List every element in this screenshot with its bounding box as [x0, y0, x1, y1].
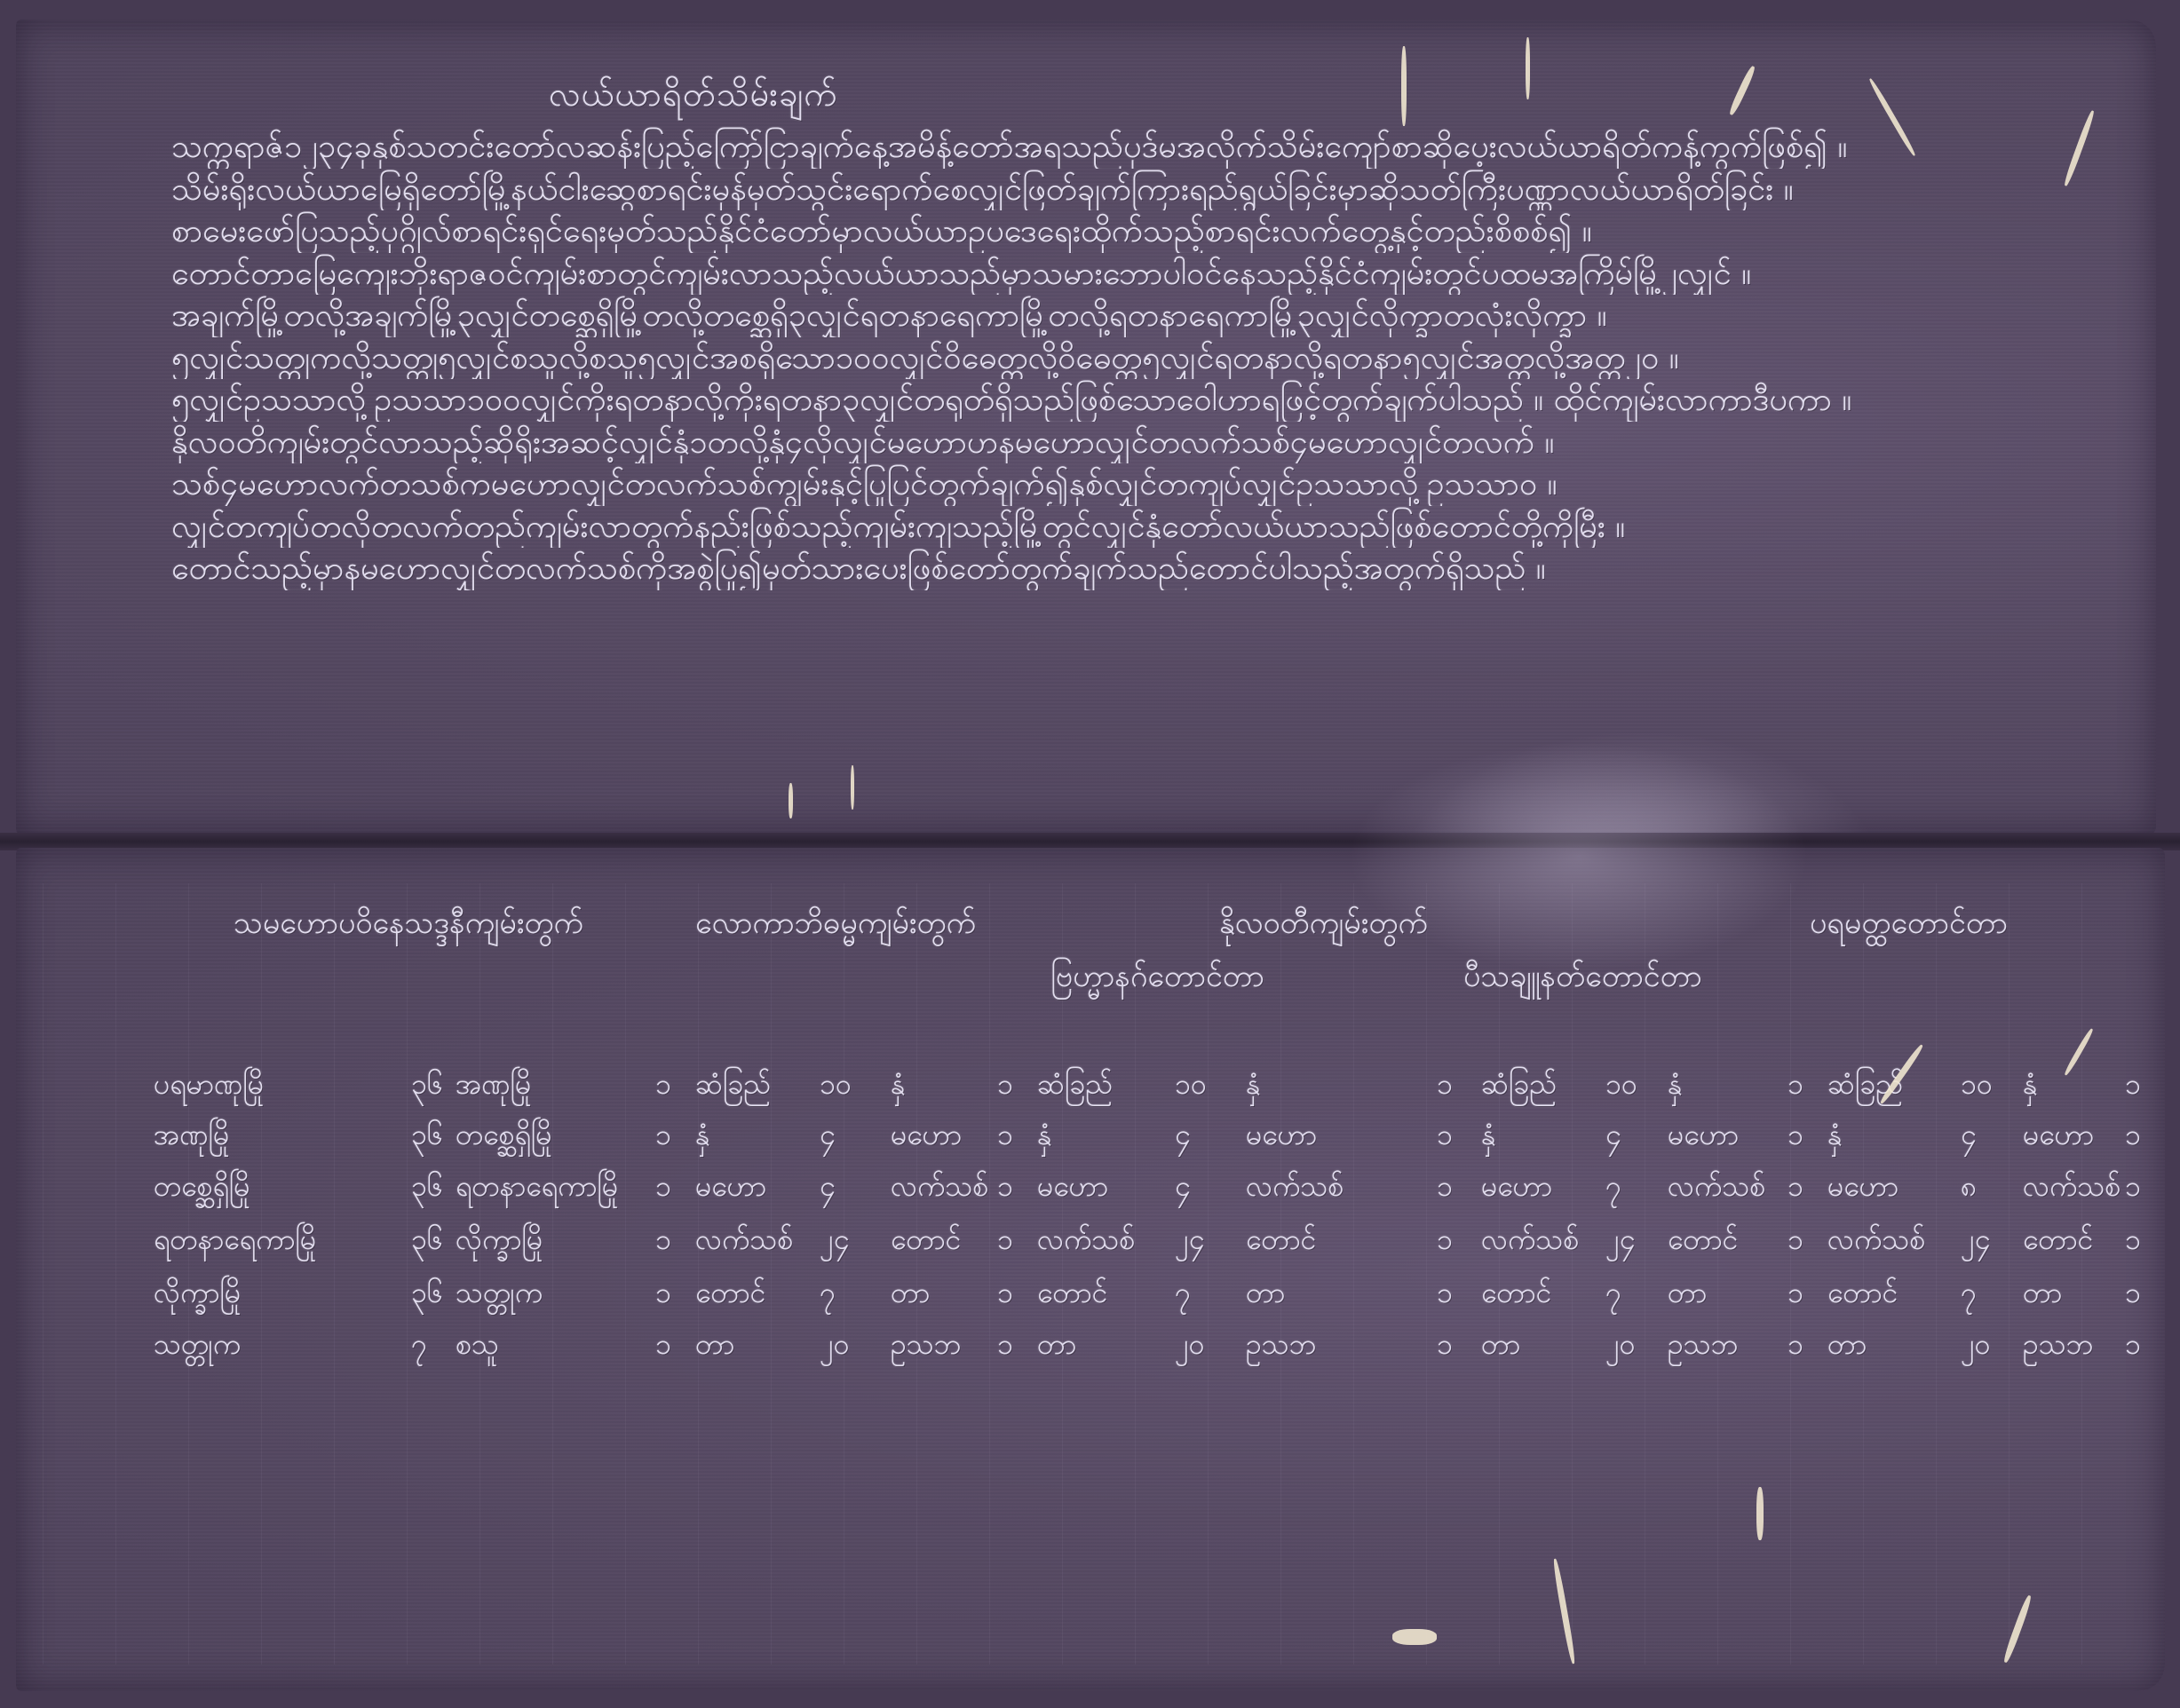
table-cell: နှံ: [695, 1116, 710, 1158]
table-cell: လက်သစ်: [2023, 1167, 2121, 1210]
table-cell: တောင်: [1481, 1274, 1551, 1317]
table-cell: နှံ: [1481, 1116, 1496, 1158]
table-cell: သတ္တုက: [456, 1274, 543, 1317]
table-cell: ၁: [1437, 1065, 1453, 1108]
paragraph-line: တောင်တာမြေကျေးဘိုးရာဇဝင်ကျမ်းစာတွင်ကျမ်း…: [171, 253, 2152, 296]
table-cell: လိုက္ခာမြို: [154, 1274, 241, 1317]
table-cell: ၂၀: [1175, 1325, 1205, 1368]
table-cell: ၂၀: [820, 1325, 850, 1368]
table-cell: ၁: [997, 1065, 1013, 1108]
table-cell: ၁: [1437, 1325, 1453, 1368]
table-cell: ၂၄: [820, 1221, 850, 1263]
table-cell: လက်သစ်: [891, 1167, 988, 1210]
table-cell: ဆံခြည်: [695, 1065, 771, 1108]
table-cell: ၃၆: [411, 1221, 443, 1263]
table-cell: ၁: [655, 1116, 671, 1158]
table-cell: သတ္တုက: [154, 1325, 241, 1368]
table-cell: တောင်: [891, 1221, 961, 1263]
table-cell: ၁: [655, 1274, 671, 1317]
table-header: လောကာဘိဓမ္မကျမ်းတွက်: [695, 903, 976, 948]
table-cell: ၁၀: [1175, 1065, 1207, 1108]
table-cell: ၇: [1175, 1274, 1191, 1317]
table-cell: ဥသဘ: [1668, 1325, 1739, 1368]
table-cell: ၁: [997, 1274, 1013, 1317]
table-cell: ၁: [655, 1325, 671, 1368]
table-cell: မဟော: [1668, 1116, 1739, 1158]
table-cell: နှံ: [1246, 1065, 1261, 1108]
table-cell: တာ: [1037, 1325, 1076, 1368]
paragraph-line: တောင်သည့်မှာနမဟောလျှင်တလက်သစ်ကိုအစွဲပြု၍…: [171, 548, 2152, 590]
table-cell: ၇: [820, 1274, 836, 1317]
table-row: အဏုမြို ၃၆ တစ္ဆေရှိမြို ၁ နှံ ၄ မဟော ၁ န…: [16, 1116, 2165, 1160]
table-cell: ၁: [1788, 1274, 1803, 1317]
table-cell: ၁: [997, 1167, 1013, 1210]
table-row: လိုက္ခာမြို ၃၆ သတ္တုက ၁ တောင် ၇ တာ ၁ တော…: [16, 1274, 2165, 1318]
table-cell: ၄: [820, 1167, 836, 1210]
table-cell: ဆံခြည်: [1481, 1065, 1557, 1108]
table-cell: ၁: [997, 1116, 1013, 1158]
table-cell: တစ္ဆေရှိမြို: [154, 1167, 250, 1210]
table-cell: ၁: [1788, 1167, 1803, 1210]
table-cell: ၁: [2125, 1065, 2141, 1108]
table-cell: ၄: [1175, 1116, 1191, 1158]
table-cell: ၈: [1961, 1167, 1977, 1210]
table-cell: ဥသဘ: [1246, 1325, 1317, 1368]
table-cell: လက်သစ်: [1481, 1221, 1579, 1263]
table-header: ပရမတ္ထတောင်တာ: [1810, 903, 2008, 948]
table-cell: ၁: [997, 1221, 1013, 1263]
table-cell: ၄: [820, 1116, 836, 1158]
table-cell: တာ: [1246, 1274, 1285, 1317]
table-cell: ၃၆: [411, 1065, 443, 1108]
table-header: နိုလဝတီကျမ်းတွက်: [1219, 903, 1428, 948]
table-row: ရတနာရေကာမြို ၃၆ လိုက္ခာမြို ၁ လက်သစ် ၂၄ …: [16, 1221, 2165, 1265]
table-cell: တောင်: [2023, 1221, 2093, 1263]
table-cell: ဆံခြည်: [1037, 1065, 1113, 1108]
table-cell: တောင်: [695, 1274, 765, 1317]
paragraph-line: သစ်၄မဟောလက်တသစ်ကမဟောလျှင်တလက်သစ်ကျွမ်းနှ…: [171, 463, 2152, 506]
table-cell: ၄: [1961, 1116, 1977, 1158]
table-cell: ရတနာရေကာမြို: [456, 1167, 618, 1210]
table-cell: ၁: [1437, 1274, 1453, 1317]
table-cell: တာ: [1827, 1325, 1867, 1368]
table-cell: စသူ: [456, 1325, 499, 1368]
table-cell: မဟော: [695, 1167, 766, 1210]
table-cell: ၇: [1605, 1167, 1621, 1210]
table-cell: တာ: [1481, 1325, 1520, 1368]
table-cell: ရတနာရေကာမြို: [154, 1221, 316, 1263]
table-cell: ၂၄: [1605, 1221, 1636, 1263]
table-cell: တာ: [891, 1274, 930, 1317]
table-cell: ၇: [411, 1325, 427, 1368]
table-row: သတ္တုက ၇ စသူ ၁ တာ ၂၀ ဥသဘ ၁ တာ ၂၀ ဥသဘ ၁ တ…: [16, 1325, 2165, 1370]
table-header: ပီသချူနတ်တောင်တာ: [1463, 956, 1702, 1001]
manuscript-top-panel: လယ်ယာရိတ်သိမ်းချက် သက္ကရာဇ်၁၂၃၄ခုနှစ်သတင…: [16, 20, 2156, 834]
paragraph-line: စာမေးဖော်ပြသည့်ပုဂ္ဂိုလ်စာရင်းရှင်ရေးမှတ…: [171, 210, 2152, 253]
table-cell: တစ္ဆေရှိမြို: [456, 1116, 552, 1158]
table-cell: ၂၄: [1961, 1221, 1991, 1263]
table-cell: လိုက္ခာမြို: [456, 1221, 543, 1263]
table-cell: ၃၆: [411, 1274, 443, 1317]
table-cell: နှံ: [891, 1065, 906, 1108]
table-cell: ၁: [2125, 1274, 2141, 1317]
table-cell: ၁: [1788, 1116, 1803, 1158]
table-cell: ၃၆: [411, 1116, 443, 1158]
table-cell: ၇: [1961, 1274, 1977, 1317]
paragraph-line: လျှင်တကျပ်တလိုတလက်တည်ကျမ်းလာတွက်နည်းဖြစ်…: [171, 506, 2152, 549]
damage-mark: [1756, 1487, 1764, 1540]
damage-mark: [1401, 46, 1407, 126]
table-cell: ၂၀: [1961, 1325, 1991, 1368]
table-cell: အဏုမြို: [456, 1065, 531, 1108]
table-cell: နှံ: [1668, 1065, 1683, 1108]
table-cell: ၁: [2125, 1221, 2141, 1263]
table-cell: ၂၄: [1175, 1221, 1205, 1263]
table-cell: ဥသဘ: [891, 1325, 962, 1368]
paragraph-line: ၅လျှင်ဥသသာလို့ဥသသာ၁၀၀လျှင်ကိုးရတနာလို့ကိ…: [171, 379, 2152, 422]
table-cell: မဟော: [1246, 1116, 1317, 1158]
table-cell: ၁: [2125, 1325, 2141, 1368]
table-row: ပရမာဏုမြို ၃၆ အဏုမြို ၁ ဆံခြည် ၁၀ နှံ ၁ …: [16, 1065, 2165, 1110]
paragraph-line: အချက်မြို့တလို့အချက်မြို့၃လျှင်တစ္ဆေရှိမ…: [171, 295, 2152, 337]
table-row: တစ္ဆေရှိမြို ၃၆ ရတနာရေကာမြို ၁ မဟော ၄ လက…: [16, 1167, 2165, 1212]
table-cell: မဟော: [891, 1116, 962, 1158]
table-cell: လက်သစ်: [1668, 1167, 1765, 1210]
table-cell: ၇: [1605, 1274, 1621, 1317]
table-cell: ၂၀: [1605, 1325, 1636, 1368]
table-cell: ၁၀: [1961, 1065, 1993, 1108]
body-paragraph: သက္ကရာဇ်၁၂၃၄ခုနှစ်သတင်းတော်လဆန်းပြည့်ကြေ…: [171, 126, 2152, 590]
table-header: ဗြဟ္မာနဂ်တောင်တာ: [1050, 956, 1264, 1001]
table-cell: ၁: [1788, 1221, 1803, 1263]
table-cell: ၁: [1788, 1325, 1803, 1368]
table-cell: ၁: [655, 1065, 671, 1108]
document-title: လယ်ယာရိတ်သိမ်းချက်: [549, 73, 838, 123]
damage-mark: [1526, 37, 1530, 99]
table-cell: ၁၀: [820, 1065, 852, 1108]
table-cell: ပရမာဏုမြို: [154, 1065, 264, 1108]
table-cell: ၁: [2125, 1116, 2141, 1158]
damage-mark: [789, 783, 793, 818]
damage-mark: [851, 765, 854, 810]
damage-mark: [1392, 1629, 1437, 1645]
table-cell: မဟော: [1481, 1167, 1552, 1210]
table-cell: နှံ: [1037, 1116, 1052, 1158]
table-cell: ၁: [1437, 1167, 1453, 1210]
table-cell: တာ: [2023, 1274, 2062, 1317]
table-cell: တောင်: [1246, 1221, 1316, 1263]
table-cell: မဟော: [1827, 1167, 1899, 1210]
table-cell: နှံ: [1827, 1116, 1843, 1158]
manuscript-bottom-panel: သမဟောပဝိနေသဒ္ဒနီကျမ်းတွက် လောကာဘိဓမ္မကျမ…: [16, 848, 2165, 1691]
table-cell: နှံ: [2023, 1065, 2038, 1108]
table-cell: ၁: [1437, 1221, 1453, 1263]
table-cell: ၁: [655, 1221, 671, 1263]
paragraph-line: သိမ်းရိုးလယ်ယာမြေရှိတော်မြို့နယ်ငါးဆွေစာ…: [171, 169, 2152, 211]
table-cell: ၁: [655, 1167, 671, 1210]
table-cell: ၁: [2125, 1167, 2141, 1210]
table-cell: တောင်: [1827, 1274, 1898, 1317]
table-cell: လက်သစ်: [1037, 1221, 1135, 1263]
table-cell: လက်သစ်: [1827, 1221, 1925, 1263]
table-cell: ၄: [1605, 1116, 1621, 1158]
table-cell: ၁: [1437, 1116, 1453, 1158]
table-cell: တာ: [1668, 1274, 1707, 1317]
paragraph-line: နိုလဝတိကျမ်းတွင်လာသည့်ဆိုရိုးအဆင့်လျှင်န…: [171, 422, 2152, 464]
table-cell: တောင်: [1668, 1221, 1738, 1263]
paragraph-line: သက္ကရာဇ်၁၂၃၄ခုနှစ်သတင်းတော်လဆန်းပြည့်ကြေ…: [171, 126, 2152, 169]
table-cell: မဟော: [2023, 1116, 2094, 1158]
table-cell: ၁: [997, 1325, 1013, 1368]
table-cell: ၁၀: [1605, 1065, 1637, 1108]
table-cell: အဏုမြို: [154, 1116, 229, 1158]
table-cell: လက်သစ်: [695, 1221, 793, 1263]
paragraph-line: ၅လျှင်သတ္တုကလို့သတ္တု၅လျှင်စသူလို့စသူ၅လျ…: [171, 337, 2152, 380]
table-cell: လက်သစ်: [1246, 1167, 1344, 1210]
table-cell: ၄: [1175, 1167, 1191, 1210]
table-cell: တာ: [695, 1325, 734, 1368]
table-cell: ဥသဘ: [2023, 1325, 2094, 1368]
table-cell: ၁: [1788, 1065, 1803, 1108]
damage-mark: [1728, 65, 1757, 116]
table-cell: တောင်: [1037, 1274, 1107, 1317]
table-header: သမဟောပဝိနေသဒ္ဒနီကျမ်းတွက်: [234, 903, 583, 948]
table-cell: ၃၆: [411, 1167, 443, 1210]
table-cell: မဟော: [1037, 1167, 1108, 1210]
